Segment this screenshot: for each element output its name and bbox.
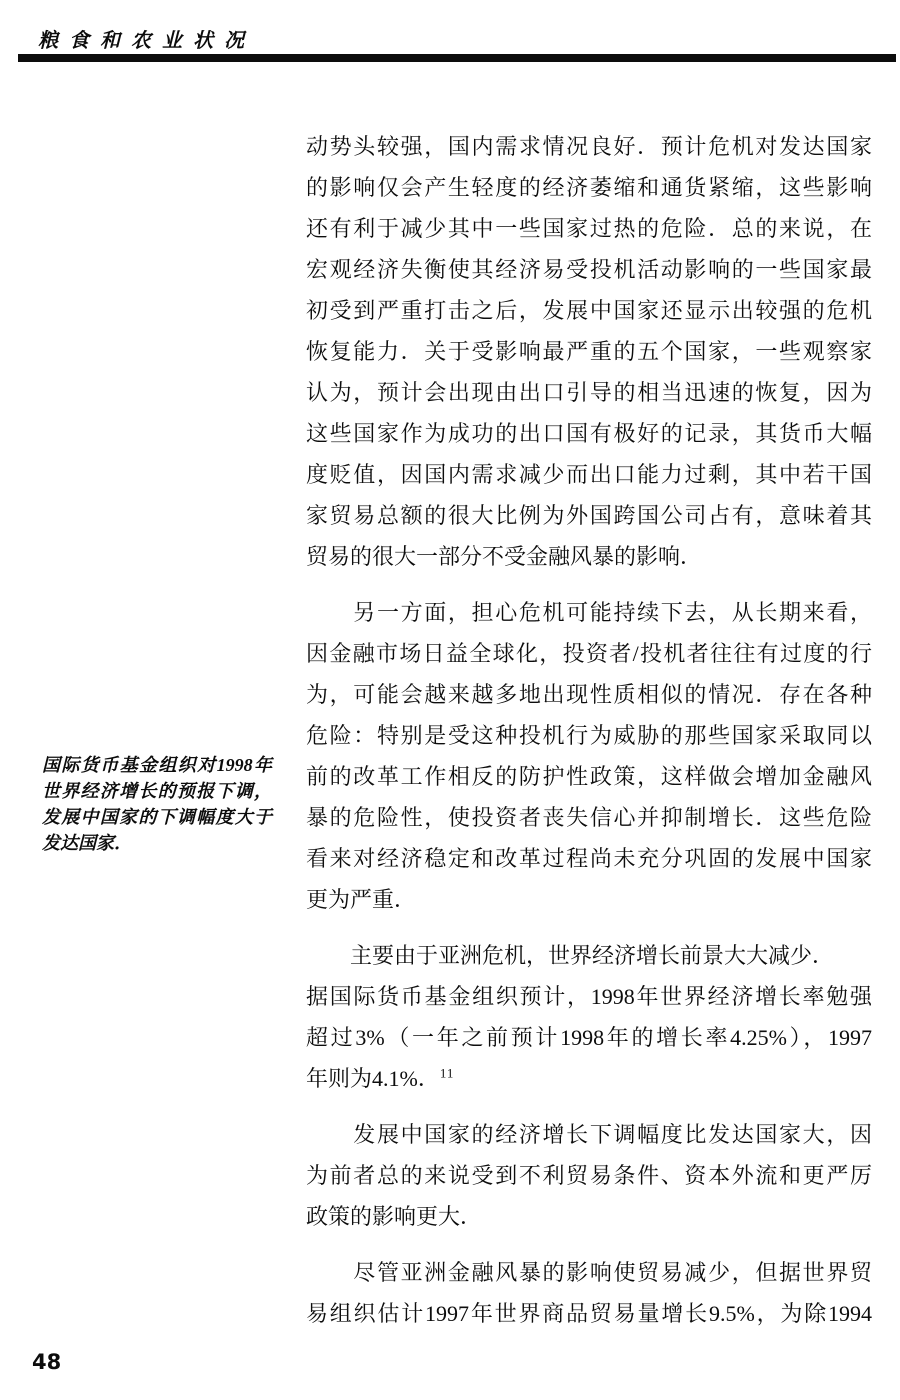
- body-line: 宏观经济失衡使其经济易受投机活动影响的一些国家最: [306, 249, 872, 290]
- body-line: 据国际货币基金组织预计，1998年世界经济增长率勉强: [306, 976, 872, 1017]
- body-paragraph: 尽管亚洲金融风暴的影响使贸易减少，但据世界贸易组织估计1997年世界商品贸易量增…: [306, 1252, 872, 1334]
- body-line: 为前者总的来说受到不利贸易条件、资本外流和更严厉: [306, 1155, 872, 1196]
- body-line: 因金融市场日益全球化，投资者/投机者往往有过度的行: [306, 633, 872, 674]
- margin-note-line: 发展中国家的下调幅度大于: [42, 804, 272, 830]
- body-line: 年则为4.1%．11: [306, 1058, 872, 1099]
- body-line: 发展中国家的经济增长下调幅度比发达国家大，因: [306, 1114, 872, 1155]
- body-line: 为，可能会越来越多地出现性质相似的情况．存在各种: [306, 674, 872, 715]
- body-line: 更为严重．: [306, 879, 872, 920]
- body-line-text: 政策的影响更大．: [306, 1204, 482, 1229]
- body-line: 政策的影响更大．: [306, 1196, 872, 1237]
- body-line: 贸易的很大一部分不受金融风暴的影响．: [306, 536, 872, 577]
- body-line: 另一方面，担心危机可能持续下去，从长期来看，: [306, 592, 872, 633]
- body-line: 易组织估计1997年世界商品贸易量增长9.5%，为除1994: [306, 1293, 872, 1334]
- body-paragraph: 发展中国家的经济增长下调幅度比发达国家大，因为前者总的来说受到不利贸易条件、资本…: [306, 1114, 872, 1237]
- margin-note-line: 国际货币基金组织对1998年: [42, 752, 272, 778]
- body-line: 这些国家作为成功的出口国有极好的记录，其货币大幅: [306, 413, 872, 454]
- body-line: 恢复能力．关于受影响最严重的五个国家，一些观察家: [306, 331, 872, 372]
- footnote-ref: 11: [440, 1066, 455, 1081]
- body-line: 暴的危险性，使投资者丧失信心并抑制增长．这些危险: [306, 797, 872, 838]
- body-line-text: 家贸易总额的很大比例为外国跨国公司占有，意味着其: [306, 503, 872, 528]
- running-header-title: 粮食和农业状况: [38, 24, 255, 53]
- page-number: 48: [32, 1350, 61, 1374]
- body-line-text: 动势头较强，国内需求情况良好．预计危机对发达国家: [306, 134, 872, 159]
- body-paragraph: 另一方面，担心危机可能持续下去，从长期来看，因金融市场日益全球化，投资者/投机者…: [306, 592, 872, 920]
- body-line: 认为，预计会出现由出口引导的相当迅速的恢复，因为: [306, 372, 872, 413]
- body-line: 危险：特别是受这种投机行为威胁的那些国家采取同以: [306, 715, 872, 756]
- body-line-text: 另一方面，担心危机可能持续下去，从长期来看，: [306, 600, 872, 625]
- body-line: 初受到严重打击之后，发展中国家还显示出较强的危机: [306, 290, 872, 331]
- body-line: 前的改革工作相反的防护性政策，这样做会增加金融风: [306, 756, 872, 797]
- margin-note-line-text: 世界经济增长的预报下调，: [42, 781, 272, 801]
- body-line-text: 为前者总的来说受到不利贸易条件、资本外流和更严厉: [306, 1163, 872, 1188]
- body-text: 动势头较强，国内需求情况良好．预计危机对发达国家的影响仅会产生轻度的经济萎缩和通…: [306, 126, 872, 1334]
- body-line-text: 度贬值，因国内需求减少而出口能力过剩，其中若干国: [306, 462, 872, 487]
- body-line: 主要由于亚洲危机，世界经济增长前景大大减少．: [306, 935, 872, 976]
- body-line-text: 宏观经济失衡使其经济易受投机活动影响的一些国家最: [306, 257, 872, 282]
- body-line-text: 贸易的很大一部分不受金融风暴的影响．: [306, 544, 702, 569]
- body-line-text: 看来对经济稳定和改革过程尚未充分巩固的发展中国家: [306, 846, 872, 871]
- body-line-text: 为，可能会越来越多地出现性质相似的情况．存在各种: [306, 682, 872, 707]
- body-line: 还有利于减少其中一些国家过热的危险．总的来说，在: [306, 208, 872, 249]
- body-line-text: 的影响仅会产生轻度的经济萎缩和通货紧缩，这些影响: [306, 175, 872, 200]
- body-line-text: 初受到严重打击之后，发展中国家还显示出较强的危机: [306, 298, 872, 323]
- body-line-text: 超过3%（一年之前预计1998年的增长率4.25%），1997: [306, 1025, 872, 1050]
- body-line-text: 危险：特别是受这种投机行为威胁的那些国家采取同以: [306, 723, 872, 748]
- body-line-text: 暴的危险性，使投资者丧失信心并抑制增长．这些危险: [306, 805, 872, 830]
- body-line: 度贬值，因国内需求减少而出口能力过剩，其中若干国: [306, 454, 872, 495]
- margin-note-line-text: 国际货币基金组织对1998年: [42, 755, 272, 775]
- margin-note: 国际货币基金组织对1998年世界经济增长的预报下调，发展中国家的下调幅度大于发达…: [42, 752, 272, 856]
- body-line-text: 这些国家作为成功的出口国有极好的记录，其货币大幅: [306, 421, 872, 446]
- body-line: 超过3%（一年之前预计1998年的增长率4.25%），1997: [306, 1017, 872, 1058]
- body-line: 家贸易总额的很大比例为外国跨国公司占有，意味着其: [306, 495, 872, 536]
- body-line: 的影响仅会产生轻度的经济萎缩和通货紧缩，这些影响: [306, 167, 872, 208]
- body-line-text: 更为严重．: [306, 887, 416, 912]
- margin-note-line-text: 发达国家．: [42, 833, 132, 853]
- body-line: 尽管亚洲金融风暴的影响使贸易减少，但据世界贸: [306, 1252, 872, 1293]
- body-line: 动势头较强，国内需求情况良好．预计危机对发达国家: [306, 126, 872, 167]
- body-line-text: 主要由于亚洲危机，世界经济增长前景大大减少．: [306, 943, 834, 968]
- body-line-text: 尽管亚洲金融风暴的影响使贸易减少，但据世界贸: [306, 1260, 872, 1285]
- body-line-text: 前的改革工作相反的防护性政策，这样做会增加金融风: [306, 764, 872, 789]
- body-line-text: 因金融市场日益全球化，投资者/投机者往往有过度的行: [306, 641, 872, 666]
- body-line-text: 认为，预计会出现由出口引导的相当迅速的恢复，因为: [306, 380, 872, 405]
- body-line-text: 易组织估计1997年世界商品贸易量增长9.5%，为除1994: [306, 1301, 872, 1326]
- margin-note-line: 发达国家．: [42, 830, 272, 856]
- body-line-text: 据国际货币基金组织预计，1998年世界经济增长率勉强: [306, 984, 872, 1009]
- body-line-text: 年则为4.1%．: [306, 1066, 440, 1091]
- margin-note-line: 世界经济增长的预报下调，: [42, 778, 272, 804]
- body-line: 看来对经济稳定和改革过程尚未充分巩固的发展中国家: [306, 838, 872, 879]
- body-line-text: 还有利于减少其中一些国家过热的危险．总的来说，在: [306, 216, 872, 241]
- header-rule: [18, 54, 896, 62]
- document-page: 粮食和农业状况 国际货币基金组织对1998年世界经济增长的预报下调，发展中国家的…: [0, 0, 900, 1400]
- body-line-text: 恢复能力．关于受影响最严重的五个国家，一些观察家: [306, 339, 872, 364]
- body-paragraph: 主要由于亚洲危机，世界经济增长前景大大减少．据国际货币基金组织预计，1998年世…: [306, 935, 872, 1099]
- body-line-text: 发展中国家的经济增长下调幅度比发达国家大，因: [306, 1122, 872, 1147]
- body-paragraph: 动势头较强，国内需求情况良好．预计危机对发达国家的影响仅会产生轻度的经济萎缩和通…: [306, 126, 872, 577]
- margin-note-line-text: 发展中国家的下调幅度大于: [42, 807, 272, 827]
